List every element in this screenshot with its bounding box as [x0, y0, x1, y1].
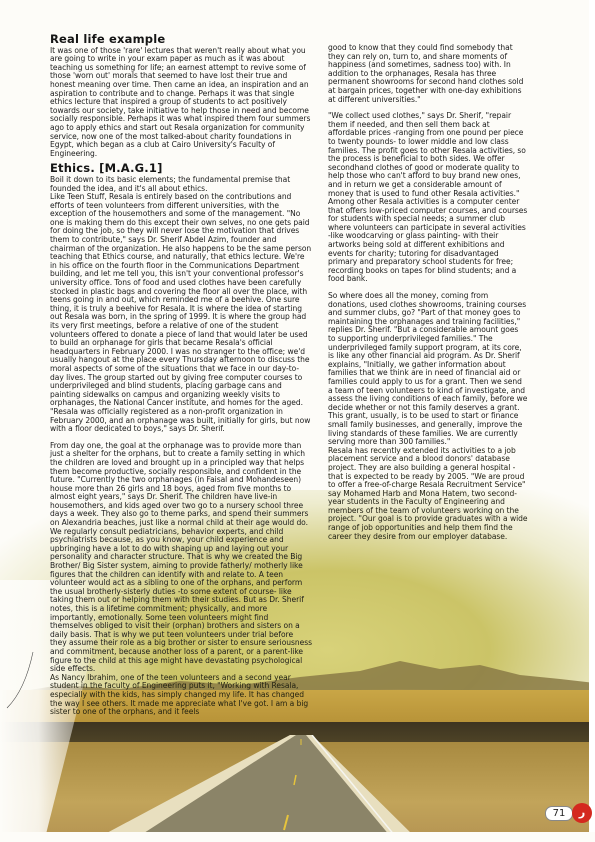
paragraph: As Nancy Ibrahim, one of the teen volunt… [50, 674, 312, 717]
left-column: Real life example It was one of those 'r… [50, 35, 312, 717]
magazine-logo-icon: ر [572, 803, 592, 823]
paragraph: Resala has recently extended its activit… [328, 447, 528, 542]
section-heading-real-life-example: Real life example [50, 35, 312, 44]
photo-road [0, 735, 595, 842]
right-column: good to know that they could find somebo… [328, 44, 528, 541]
magazine-page: Real life example It was one of those 'r… [0, 0, 595, 842]
page-edge [589, 0, 595, 842]
paragraph: So where does all the money, coming from… [328, 292, 528, 447]
page-number: 71 [545, 806, 573, 821]
paragraph: From day one, the goal at the orphanage … [50, 442, 312, 674]
paragraph: good to know that they could find somebo… [328, 44, 528, 104]
paragraph: Among other Resala activities is a compu… [328, 198, 528, 284]
decorative-curve [5, 650, 35, 710]
paragraph: Like Teen Stuff, Resala is entirely base… [50, 193, 312, 434]
paragraph: "We collect used clothes," says Dr. Sher… [328, 112, 528, 198]
section-heading-ethics: Ethics. [M.A.G.1] [50, 164, 312, 173]
paragraph: Boil it down to its basic elements; the … [50, 176, 312, 193]
page-bottom-margin [0, 832, 595, 842]
paragraph: It was one of those 'rare' lectures that… [50, 47, 312, 159]
